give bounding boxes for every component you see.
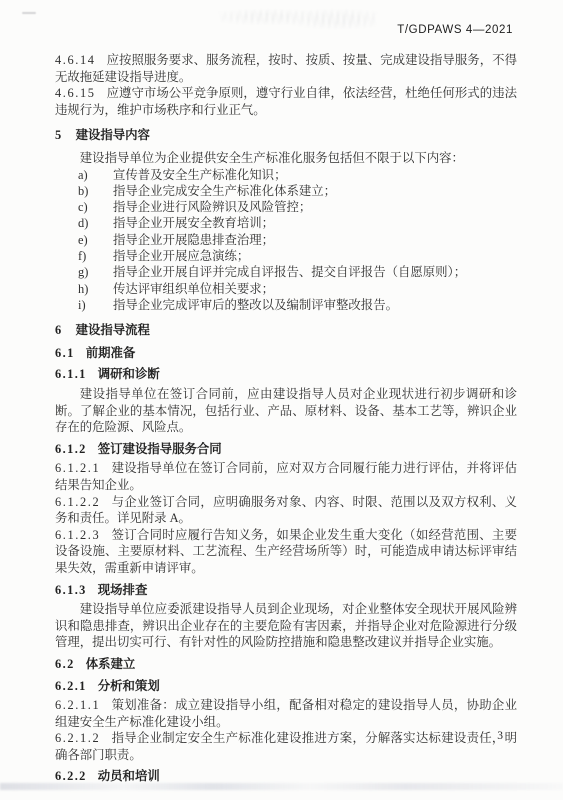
list-marker: e) (78, 232, 113, 248)
paragraph-text: 指导企业开展应急演练； (113, 249, 249, 263)
paragraph-text: 指导企业进行风险辨识及风险管控； (113, 200, 311, 214)
subsection-heading: 6.2体系建立 (55, 656, 517, 673)
subsection-heading: 6.2.1分析和策划 (55, 678, 517, 695)
clause-number: 6.1.2.1 (55, 461, 100, 475)
list-item: h)传达评审组织单位相关要求； (55, 281, 517, 297)
list-item: i)指导企业完成评审后的整改以及编制评审整改报告。 (55, 297, 517, 313)
paragraph-text: 应遵守市场公平竞争原则，遵守行业自律，依法经营，杜绝任何形式的违法违规行为，维护… (55, 86, 517, 117)
list-item: e)指导企业开展隐患排查治理； (55, 232, 517, 248)
paragraph-text: 策划准备：成立建设指导小组，配备相对稳定的建设指导人员，协助企业组建安全生产标准… (55, 698, 517, 729)
clause-number: 6.2.2 (55, 769, 87, 783)
clause-number: 6.2 (55, 657, 75, 671)
body-paragraph: 建设指导单位在签订合同前，应由建设指导人员对企业现状进行初步调研和诊断。了解企业… (55, 386, 517, 436)
list-marker: a) (78, 167, 113, 183)
paragraph-text: 建设指导单位应委派建设指导人员到企业现场，对企业整体安全现状开展风险辨识和隐患排… (55, 601, 517, 651)
paragraph-text: 指导企业完成安全生产标准化体系建立； (113, 184, 336, 198)
clause-number: 4.6.15 (55, 86, 96, 100)
subsection-heading: 6.1.3现场排查 (55, 582, 517, 599)
list-marker: d) (78, 215, 113, 231)
paragraph-text: 指导企业开展隐患排查治理； (113, 233, 274, 247)
clause-number: 6.1.3 (55, 583, 87, 597)
section-heading: 5建设指导内容 (55, 127, 517, 144)
scan-corner-mark (22, 12, 36, 14)
paragraph-text: 现场排查 (98, 583, 148, 597)
list-marker: i) (78, 297, 113, 313)
clause-number: 6.2.1 (55, 679, 87, 693)
clause-paragraph: 4.6.15应遵守市场公平竞争原则，遵守行业自律，依法经营，杜绝任何形式的违法违… (55, 85, 517, 118)
list-item: g)指导企业开展自评并完成自评报告、提交自评报告（自愿原则）； (55, 264, 517, 280)
clause-paragraph: 6.2.1.2指导企业制定安全生产标准化建设推进方案，分解落实达标建设责任，明确… (55, 730, 517, 763)
list-marker: h) (78, 281, 113, 297)
list-marker: f) (78, 248, 113, 264)
clause-number: 4.6.14 (55, 53, 96, 67)
list-marker: c) (78, 199, 113, 215)
clause-paragraph: 6.1.2.1建设指导单位在签订合同前，应对双方合同履行能力进行评估，并将评估结… (55, 460, 517, 493)
paragraph-text: 与企业签订合同，应明确服务对象、内容、时限、范围以及双方权利、义务和责任。详见附… (55, 495, 517, 526)
paragraph-text: 指导企业制定安全生产标准化建设推进方案，分解落实达标建设责任，明确各部门职责。 (55, 731, 517, 762)
list-item: a)宣传普及安全生产标准化知识； (55, 167, 517, 183)
clause-number: 5 (55, 128, 63, 142)
body-paragraph: 建设指导单位为企业提供安全生产标准化服务包括但不限于以下内容： (55, 150, 517, 167)
body-paragraph: 建设指导单位应委派建设指导人员到企业现场，对企业整体安全现状开展风险辨识和隐患排… (55, 601, 517, 651)
paragraph-text: 签订合同时应履行告知义务，如果企业发生重大变化（如经营范围、主要设备设施、主要原… (55, 528, 517, 575)
document-content: 4.6.14应按照服务要求、服务流程，按时、按质、按量、完成建设指导服务，不得无… (55, 52, 517, 788)
paragraph-text: 建设指导内容 (76, 128, 150, 142)
paragraph-text: 建设指导单位在签订合同前，应由建设指导人员对企业现状进行初步调研和诊断。了解企业… (55, 386, 517, 436)
clause-number: 6.1.1 (55, 367, 87, 381)
list-marker: g) (78, 264, 113, 280)
clause-paragraph: 6.1.2.3签订合同时应履行告知义务，如果企业发生重大变化（如经营范围、主要设… (55, 527, 517, 577)
clause-paragraph: 6.1.2.2与企业签订合同，应明确服务对象、内容、时限、范围以及双方权利、义务… (55, 494, 517, 527)
list-item: b)指导企业完成安全生产标准化体系建立； (55, 183, 517, 199)
page-number: 3 (497, 730, 503, 742)
paragraph-text: 建设指导单位为企业提供安全生产标准化服务包括但不限于以下内容： (55, 150, 517, 167)
clause-number: 6.1.2 (55, 442, 87, 456)
paragraph-text: 动员和培训 (98, 769, 160, 783)
paragraph-text: 宣传普及安全生产标准化知识； (113, 168, 286, 182)
clause-number: 6.1 (55, 346, 75, 360)
paragraph-text: 建设指导单位在签订合同前，应对双方合同履行能力进行评估，并将评估结果告知企业。 (55, 461, 517, 492)
standard-number: T/GDPAWS 4—2021 (397, 24, 513, 36)
page-header: T/GDPAWS 4—2021 (0, 24, 513, 36)
clause-number: 6 (55, 323, 63, 337)
paragraph-text: 指导企业完成评审后的整改以及编制评审整改报告。 (113, 298, 398, 312)
subsection-heading: 6.1.1调研和诊断 (55, 366, 517, 383)
paragraph-text: 应按照服务要求、服务流程，按时、按质、按量、完成建设指导服务，不得无故拖延建设指… (55, 53, 517, 84)
paragraph-text: 体系建立 (86, 657, 136, 671)
section-heading: 6建设指导流程 (55, 322, 517, 339)
document-page: T/GDPAWS 4—2021 4.6.14应按照服务要求、服务流程，按时、按质… (0, 0, 563, 800)
list-item: c)指导企业进行风险辨识及风险管控； (55, 199, 517, 215)
subsection-heading: 6.1前期准备 (55, 345, 517, 362)
paragraph-text: 指导企业开展安全教育培训； (113, 216, 274, 230)
subsection-heading: 6.1.2签订建设指导服务合同 (55, 441, 517, 458)
list-item: d)指导企业开展安全教育培训； (55, 215, 517, 231)
clause-number: 6.2.1.2 (55, 731, 100, 745)
list-marker: b) (78, 183, 113, 199)
clause-number: 6.1.2.3 (55, 528, 100, 542)
list-item: f)指导企业开展应急演练； (55, 248, 517, 264)
paragraph-text: 签订建设指导服务合同 (98, 442, 222, 456)
paragraph-text: 调研和诊断 (98, 367, 160, 381)
paragraph-text: 前期准备 (86, 346, 136, 360)
clause-paragraph: 4.6.14应按照服务要求、服务流程，按时、按质、按量、完成建设指导服务，不得无… (55, 52, 517, 85)
clause-paragraph: 6.2.1.1策划准备：成立建设指导小组，配备相对稳定的建设指导人员，协助企业组… (55, 697, 517, 730)
clause-number: 6.2.1.1 (55, 698, 100, 712)
paragraph-text: 传达评审组织单位相关要求； (113, 282, 274, 296)
paragraph-text: 建设指导流程 (76, 323, 150, 337)
clause-number: 6.1.2.2 (55, 495, 100, 509)
paragraph-text: 指导企业开展自评并完成自评报告、提交自评报告（自愿原则）； (113, 265, 466, 279)
scan-edge-artifact (0, 783, 563, 790)
paragraph-text: 分析和策划 (98, 679, 160, 693)
